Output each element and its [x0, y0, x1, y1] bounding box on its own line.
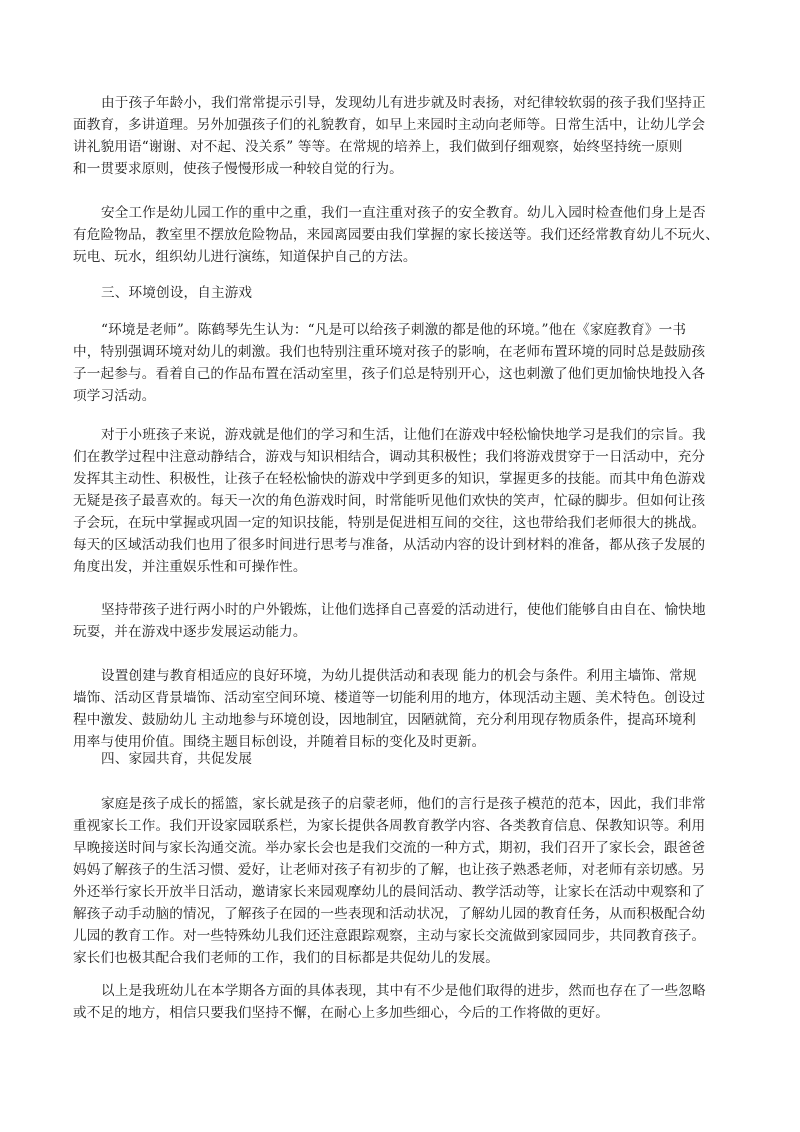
heading-text: 三、环境创设，自主游戏 [73, 282, 733, 304]
text-line: 设置创建与教育相适应的良好环境，为幼儿提供活动和表现 能力的机会与条件。利用主墙… [73, 665, 733, 687]
text-line: 重视家长工作。我们开设家园联系栏，为家长提供各周教育教学内容、各类教育信息、保教… [73, 815, 733, 837]
text-line: 角度出发，并注重娱乐性和可操作性。 [73, 556, 733, 578]
text-line: 由于孩子年龄小，我们常常提示引导，发现幼儿有进步就及时表扬，对纪律较软弱的孩子我… [73, 92, 733, 114]
document-page: 由于孩子年龄小，我们常常提示引导，发现幼儿有进步就及时表扬，对纪律较软弱的孩子我… [0, 0, 800, 1132]
heading-text: 四、家园共育，共促发展 [73, 748, 733, 770]
text-line: 无疑是孩子最喜欢的。每天一次的角色游戏时间，时常能听见他们欢快的笑声，忙碌的脚步… [73, 490, 733, 512]
text-line: 家长们也极其配合我们老师的工作，我们的目标都是共促幼儿的发展。 [73, 947, 733, 969]
section-heading-home-school: 四、家园共育，共促发展 [73, 748, 733, 770]
text-line: 家庭是孩子成长的摇篮，家长就是孩子的启蒙老师，他们的言行是孩子模范的范本，因此，… [73, 793, 733, 815]
text-line: 发挥其主动性、积极性，让孩子在轻松愉快的游戏中学到更多的知识，掌握更多的技能。而… [73, 468, 733, 490]
text-line: 妈妈了解孩子的生活习惯、爱好，让老师对孩子有初步的了解，也让孩子熟悉老师，对老师… [73, 859, 733, 881]
text-line: 玩电、玩水，组织幼儿进行演练，知道保护自己的方法。 [73, 246, 733, 268]
paragraph-games: 对于小班孩子来说，游戏就是他们的学习和生活，让他们在游戏中轻松愉快地学习是我们的… [73, 424, 733, 578]
text-line: 和一贯要求原则，使孩子慢慢形成一种较自觉的行为。 [73, 158, 733, 180]
text-line: 子会玩，在玩中掌握或巩固一定的知识技能，特别是促进相互间的交往，这也带给我们老师… [73, 512, 733, 534]
paragraph-safety: 安全工作是幼儿园工作的重中之重，我们一直注重对孩子的安全教育。幼儿入园时检查他们… [73, 202, 733, 268]
paragraph-classroom-manners: 由于孩子年龄小，我们常常提示引导，发现幼儿有进步就及时表扬，对纪律较软弱的孩子我… [73, 92, 733, 180]
text-line: 坚持带孩子进行两小时的户外锻炼，让他们选择自己喜爱的活动进行，使他们能够自由自在… [73, 599, 733, 621]
text-line: 项学习活动。 [73, 385, 733, 407]
text-line: 面教育，多讲道理。另外加强孩子们的礼貌教育，如早上来园时主动向老师等。日常生活中… [73, 114, 733, 136]
text-line: 解孩子动手动脑的情况，了解孩子在园的一些表现和活动状况，了解幼儿园的教育任务，从… [73, 903, 733, 925]
text-line: 们在教学过程中注意动静结合，游戏与知识相结合，调动其积极性；我们将游戏贯穿于一日… [73, 446, 733, 468]
text-line: 程中激发、鼓励幼儿 主动地参与环境创设，因地制宜，因陋就简，充分利用现存物质条件… [73, 709, 733, 731]
text-line: 或不足的地方，相信只要我们坚持不懈，在耐心上多加些细心，今后的工作将做的更好。 [73, 1002, 733, 1024]
text-line: 中，特别强调环境对幼儿的刺激。我们也特别注重环境对孩子的影响，在老师布置环境的同… [73, 341, 733, 363]
paragraph-family: 家庭是孩子成长的摇篮，家长就是孩子的启蒙老师，他们的言行是孩子模范的范本，因此，… [73, 793, 733, 969]
text-line: 对于小班孩子来说，游戏就是他们的学习和生活，让他们在游戏中轻松愉快地学习是我们的… [73, 424, 733, 446]
paragraph-conclusion: 以上是我班幼儿在本学期各方面的具体表现，其中有不少是他们取得的进步，然而也存在了… [73, 980, 733, 1024]
text-line: 墙饰、活动区背景墙饰、活动室空间环境、楼道等一切能利用的地方，体现活动主题、美术… [73, 687, 733, 709]
text-line: 安全工作是幼儿园工作的重中之重，我们一直注重对孩子的安全教育。幼儿入园时检查他们… [73, 202, 733, 224]
paragraph-outdoor-exercise: 坚持带孩子进行两小时的户外锻炼，让他们选择自己喜爱的活动进行，使他们能够自由自在… [73, 599, 733, 643]
paragraph-environment-teacher: “环境是老师”。陈鹤琴先生认为：“凡是可以给孩子刺激的都是他的环境。”他在《家庭… [73, 319, 733, 407]
text-line: 外还举行家长开放半日活动，邀请家长来园观摩幼儿的晨间活动、教学活动等，让家长在活… [73, 881, 733, 903]
text-line: 以上是我班幼儿在本学期各方面的具体表现，其中有不少是他们取得的进步，然而也存在了… [73, 980, 733, 1002]
section-heading-environment: 三、环境创设，自主游戏 [73, 282, 733, 304]
text-line: 早晚接送时间与家长沟通交流。举办家长会也是我们交流的一种方式，期初，我们召开了家… [73, 837, 733, 859]
text-line: “环境是老师”。陈鹤琴先生认为：“凡是可以给孩子刺激的都是他的环境。”他在《家庭… [73, 319, 733, 341]
text-line: 讲礼貌用语“谢谢、对不起、没关系” 等等。在常规的培养上，我们做到仔细观察，始终… [73, 136, 733, 158]
paragraph-environment-setup: 设置创建与教育相适应的良好环境，为幼儿提供活动和表现 能力的机会与条件。利用主墙… [73, 665, 733, 753]
text-line: 子一起参与。看着自己的作品布置在活动室里，孩子们总是特别开心，这也刺激了他们更加… [73, 363, 733, 385]
text-line: 儿园的教育工作。对一些特殊幼儿我们还注意跟踪观察，主动与家长交流做到家园同步，共… [73, 925, 733, 947]
text-line: 有危险物品，教室里不摆放危险物品，来园离园要由我们掌握的家长接送等。我们还经常教… [73, 224, 733, 246]
text-line: 玩耍，并在游戏中逐步发展运动能力。 [73, 621, 733, 643]
text-line: 每天的区域活动我们也用了很多时间进行思考与准备，从活动内容的设计到材料的准备，都… [73, 534, 733, 556]
